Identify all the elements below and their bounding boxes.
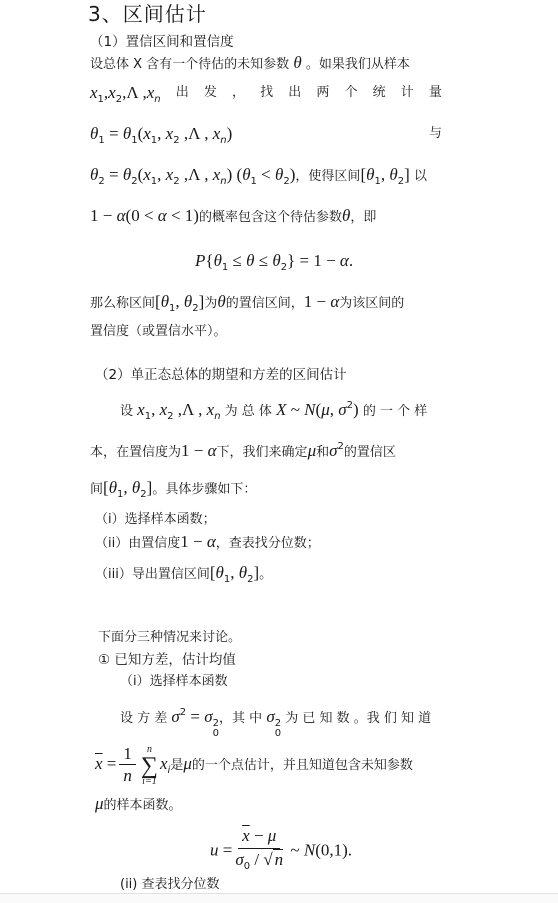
display-equation-probability: P{θ1 ≤ θ ≤ θ2} = 1 − α. xyxy=(195,252,353,277)
section2-line3: 间[θ1, θ2]。具体步骤如下： xyxy=(90,479,256,504)
step-iii: （iii）导出置信区间[θ1, θ2]。 xyxy=(95,564,272,589)
mu-sample-function-line: μ的样本函数。 xyxy=(95,795,182,815)
document-page: 3、区间估计 （1）置信区间和置信度 设总体 X 含有一个待估的未知参数 θ 。… xyxy=(0,0,558,893)
section-heading-confidence-interval: （1）置信区间和置信度 xyxy=(90,33,234,51)
step-i: （i）选择样本函数； xyxy=(95,511,216,529)
u-statistic-equation: u =x − μσ0 / √n ~ N(0,1). xyxy=(210,826,352,878)
paragraph-population: 设总体 X 含有一个待估的未知参数 θ 。如果我们从样本 xyxy=(90,54,410,74)
case1-known-variance: 设 方 差 σ2 = σ20，其 中 σ20 为 已 知 数 。我 们 知 道 xyxy=(120,704,431,739)
summation: n∑i=1 xyxy=(141,745,158,787)
conjunction-and: 与 xyxy=(429,125,442,143)
cases-intro: 下面分三种情况来讨论。 xyxy=(98,629,241,647)
section-title: 3、区间估计 xyxy=(88,2,207,26)
definition-line-2: 置信度（或置信水平）。 xyxy=(90,323,227,341)
step-ii: （ii）由置信度1 − α，查表找分位数； xyxy=(95,533,320,553)
sample-sequence: x1,x2,Λ ,xn xyxy=(90,84,161,109)
equation-theta2: θ2 = θ2(x1, x2 ,Λ , xn) (θ1 < θ2)，使得区间[θ… xyxy=(90,166,427,191)
fraction-one-over-n: 1n xyxy=(119,744,136,787)
equation-theta1: θ1 = θ1(x1, x2 ,Λ , xn) 与 xyxy=(90,125,442,150)
definition-line: 那么称区间[θ1, θ2]为θ的置信区间，1 − α为该区间的 xyxy=(90,293,404,318)
section-heading-normal-population: （2）单正态总体的期望和方差的区间估计 xyxy=(95,366,347,384)
case1-title: ① 已知方差，估计均值 xyxy=(98,651,236,669)
page-gap xyxy=(0,894,558,903)
fraction-u: x − μσ0 / √n xyxy=(235,826,283,878)
probability-line: 1 − α(0 < α < 1)的概率包含这个待估参数θ，即 xyxy=(90,207,376,227)
case1-step-ii: (ii) 查表找分位数 xyxy=(120,876,220,894)
section2-line2: 本，在置信度为1 − α下，我们来确定μ和σ2的置信区 xyxy=(90,438,396,462)
samples-line: x1,x2,Λ ,xn 出 发 ， 找 出 两 个 统 计 量 xyxy=(90,84,442,109)
section2-intro: 设 x1, x2 ,Λ , xn 为 总 体 X ~ N(μ, σ2) 的 一 … xyxy=(120,397,427,426)
case1-step-i: （i）选择样本函数 xyxy=(120,673,228,691)
sample-mean-equation: x =1nn∑i=1xi是μ的一个点估计，并且知道包含未知参数 xyxy=(95,742,413,793)
